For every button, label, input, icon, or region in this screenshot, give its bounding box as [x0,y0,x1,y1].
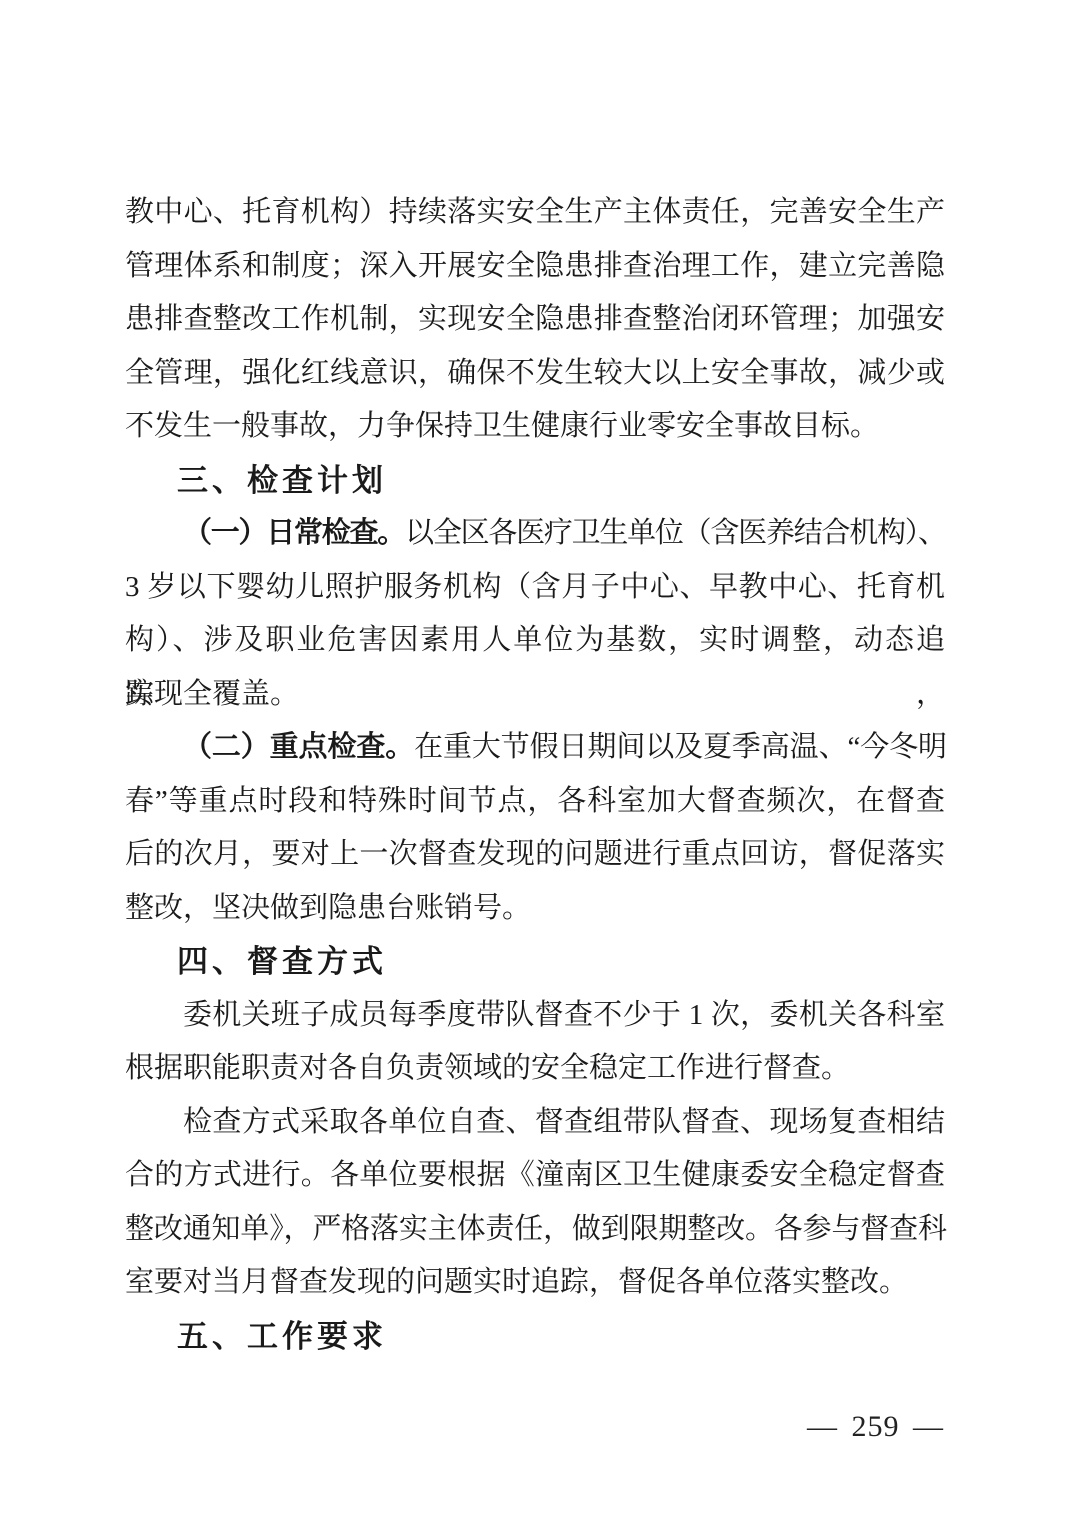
text-line: 室要对当月督查发现的问题实时追踪，督促各单位落实整改。 [125,1256,945,1310]
text-line: （二）重点检查。在重大节假日期间以及夏季高温、“今冬明 [125,721,945,775]
text-line: 3 岁以下婴幼儿照护服务机构（含月子中心、早教中心、托育机 [125,561,945,615]
text-line: 根据职能职责对各自负责领域的安全稳定工作进行督查。 [125,1042,945,1096]
text-line: （一）日常检查。以全区各医疗卫生单位（含医养结合机构）、 [125,507,945,561]
document-body: 教中心、托育机构）持续落实安全生产主体责任，完善安全生产 管理体系和制度；深入开… [125,186,945,1363]
document-page: 教中心、托育机构）持续落实安全生产主体责任，完善安全生产 管理体系和制度；深入开… [0,0,1074,1520]
text-line: 患排查整改工作机制，实现安全隐患排查整治闭环管理；加强安 [125,293,945,347]
text-line: 合的方式进行。各单位要根据《潼南区卫生健康委安全稳定督查 [125,1149,945,1203]
paragraph-inspection-approach: 检查方式采取各单位自查、督查组带队督查、现场复查相结 合的方式进行。各单位要根据… [125,1096,945,1310]
paragraph-continuation: 教中心、托育机构）持续落实安全生产主体责任，完善安全生产 管理体系和制度；深入开… [125,186,945,454]
text-line: 教中心、托育机构）持续落实安全生产主体责任，完善安全生产 [125,186,945,240]
paragraph-daily-inspection: （一）日常检查。以全区各医疗卫生单位（含医养结合机构）、 3 岁以下婴幼儿照护服… [125,507,945,721]
section-heading-inspection-plan: 三、检查计划 [125,454,945,508]
page-number: — 259 — [807,1412,944,1442]
text-line: 全管理，强化红线意识，确保不发生较大以上安全事故，减少或 [125,347,945,401]
text-line: 整改，坚决做到隐患台账销号。 [125,882,945,936]
section-heading-supervision-method: 四、督查方式 [125,935,945,989]
text-line: 不发生一般事故，力争保持卫生健康行业零安全事故目标。 [125,400,945,454]
text-line: 后的次月，要对上一次督查发现的问题进行重点回访，督促落实 [125,828,945,882]
paragraph-supervision-frequency: 委机关班子成员每季度带队督查不少于 1 次，委机关各科室 根据职能职责对各自负责… [125,989,945,1096]
text-run: 在重大节假日期间以及夏季高温、“今冬明 [414,731,945,763]
text-line: 管理体系和制度；深入开展安全隐患排查治理工作，建立完善隐 [125,240,945,294]
text-line: 春”等重点时段和特殊时间节点，各科室加大督查频次，在督查 [125,775,945,829]
section-heading-work-requirements: 五、工作要求 [125,1310,945,1364]
text-line: 整改通知单》，严格落实主体责任，做到限期整改。各参与督查科 [125,1203,945,1257]
text-run: 以全区各医疗卫生单位（含医养结合机构）、 [405,517,945,549]
paragraph-key-inspection: （二）重点检查。在重大节假日期间以及夏季高温、“今冬明 春”等重点时段和特殊时间… [125,721,945,935]
subsection-label-daily-inspection: （一）日常检查。 [183,517,405,549]
text-line: 检查方式采取各单位自查、督查组带队督查、现场复查相结 [125,1096,945,1150]
text-line: 委机关班子成员每季度带队督查不少于 1 次，委机关各科室 [125,989,945,1043]
text-line: 构）、涉及职业危害因素用人单位为基数，实时调整，动态追踪， [125,614,945,668]
subsection-label-key-inspection: （二）重点检查。 [183,731,414,763]
